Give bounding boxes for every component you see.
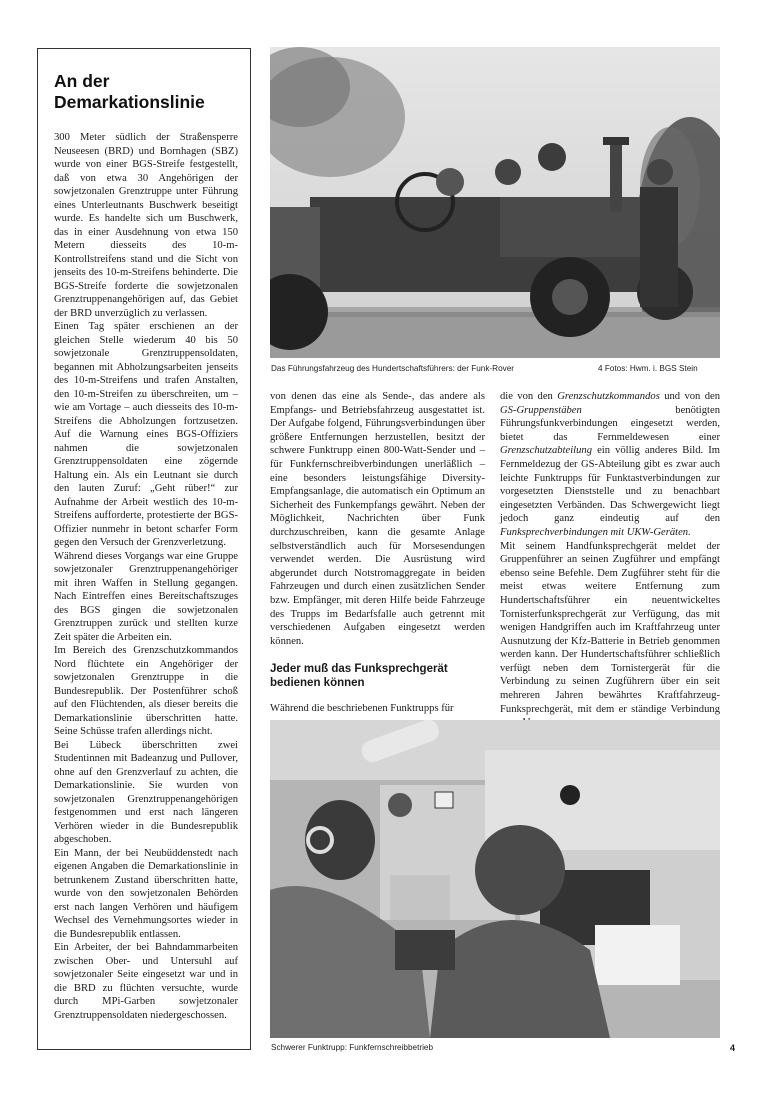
article-paragraph: Während die beschriebenen Funktrupps für: [270, 702, 485, 716]
sidebar-paragraph: Bei Lübeck überschritten zwei Studentinn…: [54, 739, 238, 847]
radio-operators-image: [270, 720, 720, 1038]
emphasis-text: Grenzschutzabteilung: [500, 445, 592, 456]
page-number: 4: [730, 1043, 735, 1053]
emphasis-text: GS-Gruppenstäben: [500, 405, 582, 416]
sidebar-paragraph: 300 Meter südlich der Straßensperre Neus…: [54, 131, 238, 320]
article-paragraph: von denen das eine als Sende-, das ander…: [270, 390, 485, 648]
bottom-photo-caption: Schwerer Funktrupp: Funkfernschreibbetri…: [271, 1043, 433, 1052]
article-paragraph: Mit seinem Handfunksprechgerät meldet de…: [500, 540, 720, 730]
sidebar-paragraph: Einen Tag später erschienen an der gleic…: [54, 320, 238, 550]
sidebar-title-line2: Demarkationslinie: [54, 92, 244, 113]
bottom-photo: [270, 720, 720, 1038]
text-run: die von den: [500, 391, 557, 402]
sidebar-body: 300 Meter südlich der Straßensperre Neus…: [54, 131, 238, 1022]
sidebar-paragraph: Im Bereich des Grenzschutzkommandos Nord…: [54, 644, 238, 739]
sidebar-title-line1: An der: [54, 71, 244, 92]
funk-rover-image: [270, 47, 720, 358]
article-column-right: die von den Grenzschutzkommandos und von…: [500, 390, 720, 730]
text-run: ein völlig anderes Bild. Im Fernmeldezug…: [500, 445, 720, 524]
sidebar-paragraph: Ein Arbeiter, der bei Bahndammarbeiten z…: [54, 941, 238, 1022]
text-run: und von den: [660, 391, 720, 402]
article-paragraph: die von den Grenzschutzkommandos und von…: [500, 390, 720, 540]
article-column-middle: von denen das eine als Sende-, das ander…: [270, 390, 485, 716]
sidebar-paragraph: Während dieses Vorgangs war eine Gruppe …: [54, 550, 238, 645]
sidebar-title: An der Demarkationslinie: [54, 71, 244, 113]
emphasis-text: Grenzschutzkommandos: [557, 391, 660, 402]
top-photo: [270, 47, 720, 358]
sidebar-paragraph: Ein Mann, der bei Neubüddenstedt nach ei…: [54, 847, 238, 942]
section-heading: Jeder muß das Funksprechgerät bedienen k…: [270, 662, 485, 690]
emphasis-text: Funksprechverbindungen mit UKW-Geräten.: [500, 527, 691, 538]
photo-credit: 4 Fotos: Hwm. i. BGS Stein: [598, 364, 698, 373]
top-photo-caption: Das Führungsfahrzeug des Hundertschaftsf…: [271, 364, 514, 373]
sidebar-box: An der Demarkationslinie 300 Meter südli…: [37, 48, 251, 1050]
